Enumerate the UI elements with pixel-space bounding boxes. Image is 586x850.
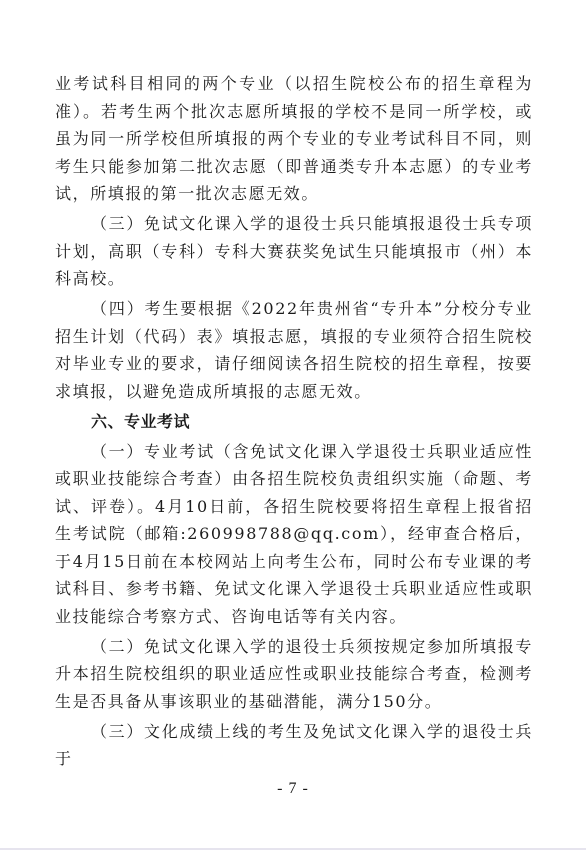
document-page: 业考试科目相同的两个专业（以招生院校公布的招生章程为准）。若考生两个批次志愿所填…	[0, 0, 586, 848]
page-body: 业考试科目相同的两个专业（以招生院校公布的招生章程为准）。若考生两个批次志愿所填…	[55, 70, 533, 773]
paragraph-item-1-exam-organization: （一）专业考试（含免试文化课入学退役士兵职业适应性或职业技能综合考查）由各招生院…	[55, 438, 533, 631]
section-heading-professional-exam: 六、专业考试	[55, 408, 533, 436]
paragraph-item-2-vocational-assessment: （二）免试文化课入学的退役士兵须按规定参加所填报专升本招生院校组织的职业适应性或…	[55, 633, 533, 716]
paragraph-item-3-veterans: （三）免试文化课入学的退役士兵只能填报退役士兵专项计划，高职（专科）专科大赛获奖…	[55, 210, 533, 293]
paragraph-item-4-plan-table: （四）考生要根据《2022年贵州省“专升本”分校分专业招生计划（代码）表》填报志…	[55, 295, 533, 405]
page-number: - 7 -	[0, 780, 586, 798]
paragraph-continuation: 业考试科目相同的两个专业（以招生院校公布的招生章程为准）。若考生两个批次志愿所填…	[55, 70, 533, 208]
paragraph-item-3-exam-timing: （三）文化成绩上线的考生及免试文化课入学的退役士兵于	[55, 718, 533, 773]
